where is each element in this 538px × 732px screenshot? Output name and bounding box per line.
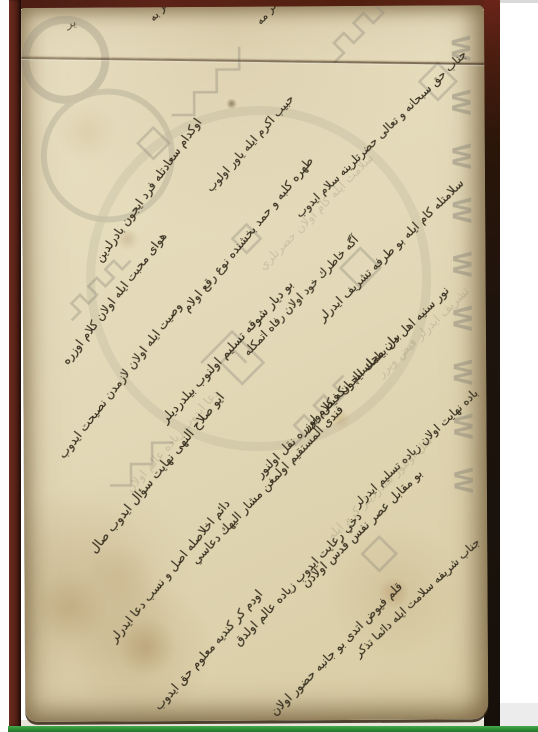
green-bottom-strip: [8, 726, 538, 732]
stain: [226, 99, 238, 109]
watermark-letter: W: [435, 251, 488, 277]
manuscript-line: بيان مجلسنك انكه كلام اوزره نقل اولنور: [253, 329, 403, 480]
www-watermark: WWWWWWWWW: [441, 21, 484, 507]
book-cover-left-edge: [9, 0, 21, 726]
manuscript-photo: WWWWWWWWW ير سلامت ايله كام اولان حضرتلر…: [0, 0, 538, 732]
folio-mark: ير: [65, 15, 78, 31]
watermark-letter: W: [436, 359, 488, 385]
watermark-letter: W: [437, 467, 489, 493]
manuscript-line: جناب شريفه سلامت ايله دائما تذكر: [351, 535, 482, 660]
manuscript-line: دخي رعايت ايدوب زياده عالم اولدق: [231, 509, 365, 648]
photo-margin-left: [0, 0, 9, 732]
manuscript-line: قلم فيوض اتدى بو جانبه حضور اولان: [267, 579, 405, 718]
crease-line: [21, 57, 485, 65]
photo-artifact-bottom-right: [500, 703, 538, 726]
manuscript-line: بو ديار شوقه تسليم اولنوب بيلدرديلر: [157, 277, 296, 426]
manuscript-line: ثه مر به: [146, 5, 180, 24]
manuscript-line: بو مقابل عصر نفس قدس اولادن: [299, 466, 425, 590]
manuscript-line: باغر مه: [253, 5, 284, 27]
photo-artifact-top-right: [500, 0, 538, 3]
photo-margin-right: [500, 0, 538, 732]
watermark-letter: W: [435, 143, 489, 169]
stain: [52, 103, 122, 159]
watermark-letter: W: [434, 89, 488, 115]
manuscript-page: WWWWWWWWW ير سلامت ايله كام اولان حضرتلر…: [21, 5, 488, 722]
